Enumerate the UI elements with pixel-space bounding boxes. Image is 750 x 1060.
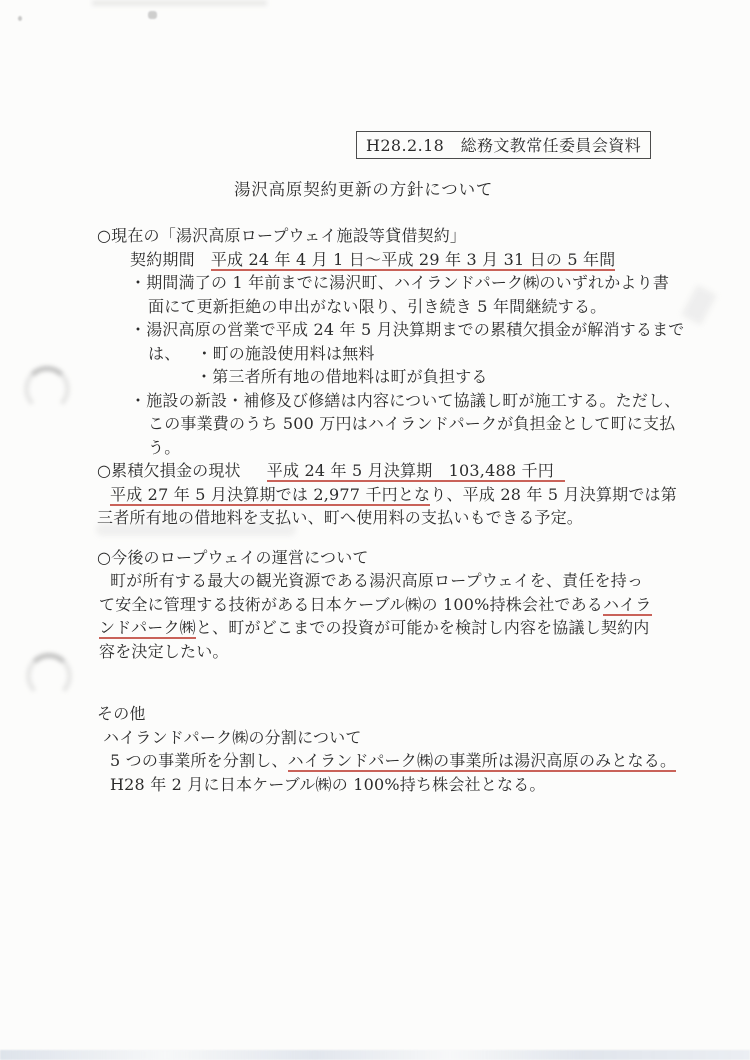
- future-line2: て安全に管理する技術がある日本ケーブル㈱の 100%持株会社であるハイラ: [99, 593, 687, 617]
- scan-edge-band: [0, 1050, 750, 1060]
- sub-bullet-land-rent: ・第三者所有地の借地料は町が負担する: [196, 365, 687, 389]
- sub-bullet-facility-fee: ・町の施設使用料は無料: [196, 344, 374, 363]
- bullet-construction-line2: この事業費のうち 500 万円はハイランドパークが負担金として町に支払: [148, 412, 687, 436]
- scan-speck: [18, 16, 22, 21]
- contract-term-line: 契約期間平成 24 年 4 月 1 日～平成 29 年 3 月 31 日の 5 …: [130, 248, 687, 272]
- contract-term-label: 契約期間: [130, 250, 195, 269]
- contract-term-value-underlined: 平成 24 年 4 月 1 日～平成 29 年 3 月 31 日の 5 年間: [211, 250, 616, 271]
- scanned-document-page: H28.2.18 総務文教常任委員会資料 湯沢高原契約更新の方針について ○現在…: [0, 0, 750, 1060]
- deficit-line2-rest: り、平成 28 年 5 月決算期では第: [430, 485, 677, 504]
- other-line1-underlined: ハイランドパーク㈱の事業所は湯沢高原のみとなる。: [288, 751, 676, 772]
- deficit-h27-value-underlined: 平成 27 年 5 月決算期では 2,977 千円とな: [110, 485, 430, 506]
- bullet-deficit-condition-line2: は、・町の施設使用料は無料: [148, 342, 687, 366]
- future-line3: ンドパーク㈱と、町がどこまでの投資が可能かを検討し内容を協議し契約内: [99, 616, 687, 640]
- future-line2-underlined: ハイラ: [603, 595, 652, 616]
- other-line1-normal: 5 つの事業所を分割し、: [110, 751, 288, 770]
- other-line1: 5 つの事業所を分割し、ハイランドパーク㈱の事業所は湯沢高原のみとなる。: [110, 749, 687, 773]
- other-subheading: ハイランドパーク㈱の分割について: [103, 726, 687, 750]
- section-current-contract-heading: ○現在の「湯沢高原ロープウェイ施設等貸借契約」: [97, 224, 687, 248]
- committee-stamp-text: H28.2.18 総務文教常任委員会資料: [366, 136, 641, 155]
- bullet-construction-line1: ・施設の新設・補修及び修繕は内容について協議し町が施工する。ただし、: [130, 389, 687, 413]
- future-line3-underlined: ンドパーク㈱: [99, 618, 196, 639]
- punch-hole-shadow: [24, 366, 70, 412]
- document-title: 湯沢高原契約更新の方針について: [234, 176, 493, 200]
- future-line3-rest: と、町がどこまでの投資が可能かを検討し内容を協議し契約内: [196, 618, 650, 637]
- bullet-deficit-condition-prefix: は、: [148, 344, 180, 363]
- future-line2-normal: て安全に管理する技術がある日本ケーブル㈱の 100%持株会社である: [99, 595, 603, 614]
- punch-hole-shadow: [26, 653, 72, 699]
- future-line4: 容を決定したい。: [99, 640, 687, 664]
- section-deficit-heading-line: ○累積欠損金の現状平成 24 年 5 月決算期 103,488 千円: [97, 459, 687, 483]
- document-body: ○現在の「湯沢高原ロープウェイ施設等貸借契約」 契約期間平成 24 年 4 月 …: [97, 224, 687, 796]
- section-future-heading: ○今後のロープウェイの運営について: [97, 546, 687, 570]
- section-other-heading: その他: [97, 702, 687, 726]
- scan-smudge-top: [92, 0, 267, 6]
- bullet-renewal-line2: 面にて更新拒絶の申出がない限り、引き続き 5 年間継続する。: [148, 295, 687, 319]
- scan-speck: [148, 11, 157, 19]
- bullet-renewal-line1: ・期間満了の 1 年前までに湯沢町、ハイランドパーク㈱のいずれかより書: [130, 271, 687, 295]
- bullet-deficit-condition-line1: ・湯沢高原の営業で平成 24 年 5 月決算期までの累積欠損金が解消するまで: [130, 318, 687, 342]
- deficit-line3: 三者所有地の借地料を支払い、町へ使用料の支払いもできる予定。: [97, 506, 687, 530]
- bullet-construction-line3: う。: [148, 436, 687, 460]
- future-line1: 町が所有する最大の観光資源である湯沢高原ロープウェイを、責任を持っ: [110, 569, 687, 593]
- other-line2: H28 年 2 月に日本ケーブル㈱の 100%持ち株会社となる。: [110, 773, 687, 797]
- deficit-line2: 平成 27 年 5 月決算期では 2,977 千円となり、平成 28 年 5 月…: [110, 483, 687, 507]
- committee-stamp-box: H28.2.18 総務文教常任委員会資料: [356, 131, 651, 159]
- section-deficit-heading: ○累積欠損金の現状: [97, 461, 241, 480]
- deficit-h24-value-underlined: 平成 24 年 5 月決算期 103,488 千円: [267, 461, 565, 482]
